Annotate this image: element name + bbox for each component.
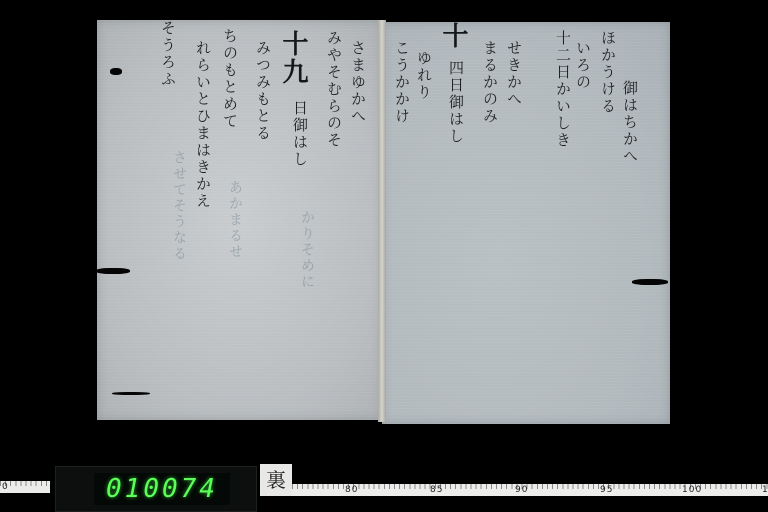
text-column: 四日御はし — [448, 60, 463, 145]
text-column: かりそめに — [300, 210, 314, 290]
text-column: まるかのみ — [482, 40, 497, 125]
ruler-label: 85 — [430, 485, 443, 495]
wormhole-damage — [112, 392, 150, 395]
text-column: みやそむらのそ — [326, 30, 341, 149]
ruler-label: 80 — [345, 485, 358, 495]
ruler-label: 0 — [2, 482, 9, 492]
text-column: みつみもとる — [255, 40, 270, 142]
text-column: さまゆかへ — [350, 40, 365, 125]
center-fold — [378, 20, 386, 422]
text-column: こうかかけ — [394, 40, 409, 125]
text-column: ゆれり — [416, 50, 431, 101]
text-column: 日御はし — [292, 100, 307, 168]
ruler-label: 100 — [682, 485, 702, 495]
text-column: れらいとひまはきかえ — [195, 40, 210, 210]
text-column: 御はちかへ — [622, 80, 637, 165]
side-label-card: 裏 — [260, 464, 292, 496]
wormhole-damage — [96, 268, 130, 274]
text-column: せきかへ — [506, 40, 521, 108]
text-column: させてそうなる — [172, 150, 186, 262]
counter-digits: 010074 — [94, 473, 230, 505]
text-column: ちのもとめて — [222, 28, 237, 130]
text-column: ほかうける — [600, 30, 615, 115]
wormhole-damage — [110, 68, 122, 75]
text-column: 十 — [440, 22, 466, 50]
ruler-label: 10 — [762, 485, 768, 495]
text-column: 十二日かいしき — [555, 30, 570, 149]
measuring-ruler: 8085909510010 — [292, 484, 768, 496]
text-column: 十九 — [280, 30, 306, 86]
text-column: あかまるせ — [228, 180, 242, 260]
wormhole-damage — [632, 279, 668, 285]
text-column: そうろふ — [160, 20, 175, 88]
frame-counter: 010074 — [55, 466, 257, 512]
ruler-label: 90 — [515, 485, 528, 495]
ruler-label: 95 — [600, 485, 613, 495]
text-column: いろの — [575, 40, 590, 91]
measuring-ruler-left: 0 — [0, 481, 50, 493]
